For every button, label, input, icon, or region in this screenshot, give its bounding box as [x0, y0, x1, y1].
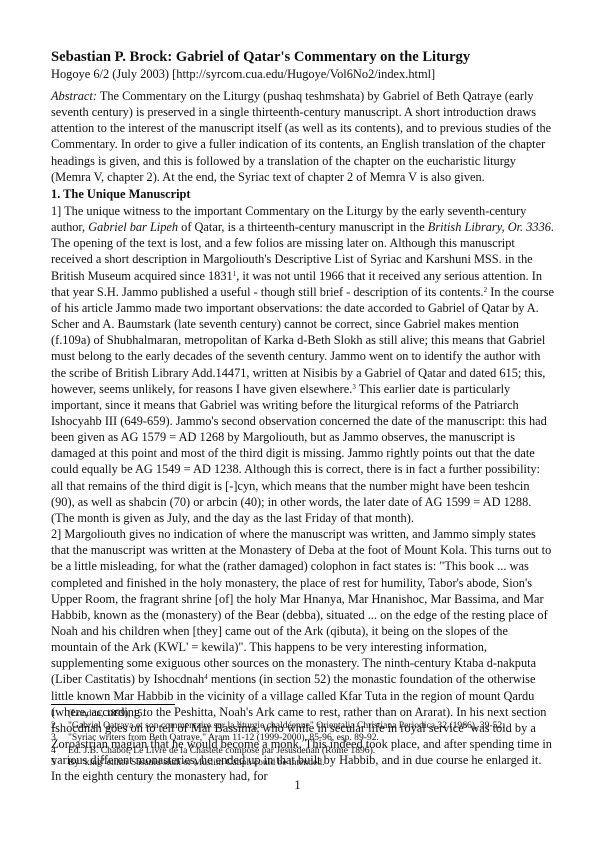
footnote-number: 5 — [51, 757, 68, 769]
footnote-item: 3"Syriac writers from Beth Qatraye," Ara… — [51, 732, 561, 744]
page-content: Sebastian P. Brock: Gabriel of Qatar's C… — [51, 48, 554, 785]
footnote-text: By ‘king’ either Sasanid shah or Muslim … — [68, 757, 324, 769]
footnote-number: 2 — [51, 720, 68, 732]
footnotes: 1(London, 1899), 15. 2"Gabriel Qatraya e… — [51, 708, 561, 769]
paragraph-1: 1] The unique witness to the important C… — [51, 203, 554, 526]
footnote-item: 5By ‘king’ either Sasanid shah or Muslim… — [51, 757, 561, 769]
manuscript-shelfmark-italic: British Library, Or. 3336 — [428, 220, 551, 234]
citation-line: Hogoye 6/2 (July 2003) [http://syrcom.cu… — [51, 66, 554, 82]
footnote-text: "Gabriel Qatraya et son commentaire sur … — [68, 720, 505, 732]
p1-text-f: This earlier date is particularly import… — [51, 382, 547, 525]
footnote-number: 3 — [51, 732, 68, 744]
footnote-item: 4Ed. J.B. Chabot, Le Livre de la Chastet… — [51, 745, 561, 757]
p1-text-e: In the course of his article Jammo made … — [51, 285, 554, 396]
article-body: Abstract: The Commentary on the Liturgy … — [51, 88, 554, 785]
footnote-text: Ed. J.B. Chabot, Le Livre de la Chasteté… — [68, 745, 375, 757]
page-number: 1 — [0, 778, 595, 793]
author-name-italic: Gabriel bar Lipeh — [88, 220, 178, 234]
footnote-number: 1 — [51, 708, 68, 720]
footnote-text: "Syriac writers from Beth Qatraye," Aram… — [68, 732, 379, 744]
section-heading: 1. The Unique Manuscript — [51, 186, 554, 202]
footnote-item: 2"Gabriel Qatraya et son commentaire sur… — [51, 720, 561, 732]
p1-text-b: of Qatar, is a thirteenth-century manusc… — [178, 220, 428, 234]
p2-text-a: 2] Margoliouth gives no indication of wh… — [51, 527, 551, 686]
abstract-paragraph: Abstract: The Commentary on the Liturgy … — [51, 88, 554, 185]
footnote-divider — [51, 704, 175, 705]
footnote-number: 4 — [51, 745, 68, 757]
footnote-item: 1(London, 1899), 15. — [51, 708, 561, 720]
abstract-label: Abstract: — [51, 89, 97, 103]
abstract-text: The Commentary on the Liturgy (pushaq te… — [51, 89, 551, 184]
footnote-text: (London, 1899), 15. — [68, 708, 145, 720]
article-title: Sebastian P. Brock: Gabriel of Qatar's C… — [51, 48, 554, 66]
